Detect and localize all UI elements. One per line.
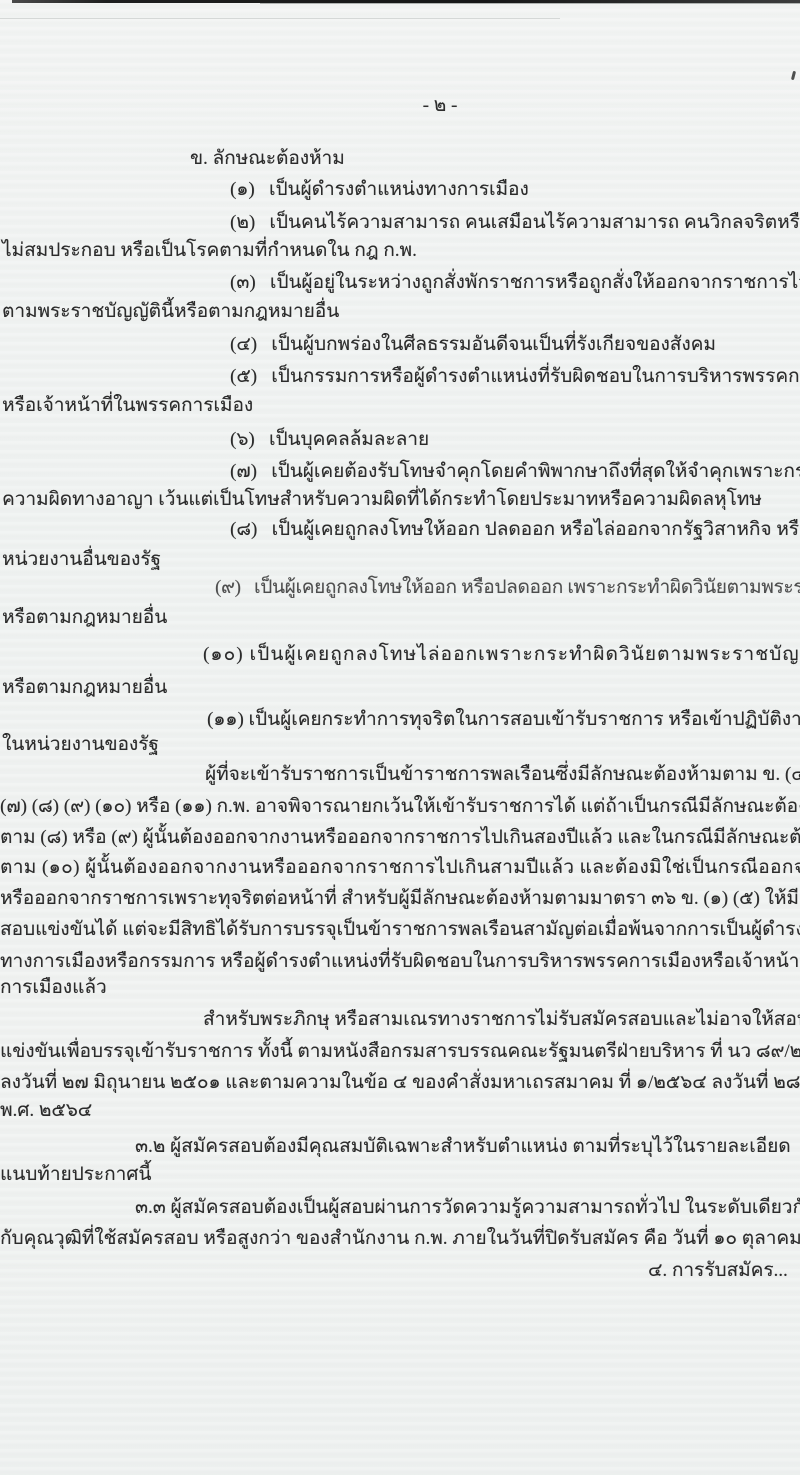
text-line: (๒) เป็นคนไร้ความสามารถ คนเสมือนไร้ความส… — [230, 210, 800, 236]
text-line: หรือตามกฎหมายอื่น — [2, 675, 167, 701]
text-line: พ.ศ. ๒๕๖๔ — [0, 1098, 92, 1124]
text-line: ลงวันที่ ๒๗ มิถุนายน ๒๕๐๑ และตามความในข้… — [0, 1070, 800, 1096]
text-line: ตาม (๑๐) ผู้นั้นต้องออกจากงานหรือออกจากร… — [0, 855, 800, 881]
document-body: ข. ลักษณะต้องห้าม(๑) เป็นผู้ดำรงตำแหน่งท… — [0, 0, 800, 1475]
text-line: ๔. การรับสมัคร... — [648, 1258, 788, 1284]
text-line: แนบท้ายประกาศนี้ — [0, 1162, 151, 1188]
text-line: (๙) เป็นผู้เคยถูกลงโทษให้ออก หรือปลดออก … — [215, 575, 800, 601]
text-line: (๑๑) เป็นผู้เคยกระทำการทุจริตในการสอบเข้… — [207, 707, 800, 733]
text-line: ในหน่วยงานของรัฐ — [2, 732, 159, 758]
text-line: ข. ลักษณะต้องห้าม — [190, 146, 345, 172]
text-line: (๑๐) เป็นผู้เคยถูกลงโทษไล่ออกเพราะกระทำผ… — [203, 642, 800, 668]
text-line: หรือตามกฎหมายอื่น — [2, 605, 167, 631]
text-line: แข่งขันเพื่อบรรจุเข้ารับราชการ ทั้งนี้ ต… — [0, 1039, 800, 1065]
text-line: สอบแข่งขันได้ แต่จะมีสิทธิได้รับการบรรจุ… — [0, 917, 800, 943]
text-line: (๗) เป็นผู้เคยต้องรับโทษจำคุกโดยคำพิพากษ… — [230, 459, 800, 485]
text-line: ตามพระราชบัญญัตินี้หรือตามกฎหมายอื่น — [2, 299, 339, 325]
text-line: (๗) (๘) (๙) (๑๐) หรือ (๑๑) ก.พ. อาจพิจาร… — [0, 794, 800, 820]
text-line: ผู้ที่จะเข้ารับราชการเป็นข้าราชการพลเรือ… — [205, 762, 800, 788]
text-line: หน่วยงานอื่นของรัฐ — [2, 547, 161, 573]
text-line: (๘) เป็นผู้เคยถูกลงโทษให้ออก ปลดออก หรือ… — [230, 517, 800, 543]
text-line: หรือออกจากราชการเพราะทุจริตต่อหน้าที่ สำ… — [0, 886, 800, 912]
text-line: ไม่สมประกอบ หรือเป็นโรคตามที่กำหนดใน กฎ … — [2, 238, 417, 264]
text-line: (๕) เป็นกรรมการหรือผู้ดำรงตำแหน่งที่รับผ… — [230, 364, 800, 390]
text-line: (๓) เป็นผู้อยู่ในระหว่างถูกสั่งพักราชการ… — [230, 270, 800, 296]
text-line: ๓.๓ ผู้สมัครสอบต้องเป็นผู้สอบผ่านการวัดค… — [135, 1195, 800, 1221]
text-line: (๑) เป็นผู้ดำรงตำแหน่งทางการเมือง — [230, 177, 529, 203]
text-line: ตาม (๘) หรือ (๙) ผู้นั้นต้องออกจากงานหรื… — [0, 825, 800, 851]
text-line: ทางการเมืองหรือกรรมการ หรือผู้ดำรงตำแหน่… — [0, 949, 800, 975]
text-line: การเมืองแล้ว — [0, 975, 107, 1001]
text-line: หรือเจ้าหน้าที่ในพรรคการเมือง — [2, 393, 253, 419]
text-line: (๖) เป็นบุคคลล้มละลาย — [230, 427, 429, 453]
document-page: - ๒ - ข. ลักษณะต้องห้าม(๑) เป็นผู้ดำรงตำ… — [0, 0, 800, 1475]
text-line: ๓.๒ ผู้สมัครสอบต้องมีคุณสมบัติเฉพาะสำหรั… — [135, 1134, 791, 1160]
text-line: ความผิดทางอาญา เว้นแต่เป็นโทษสำหรับความผ… — [2, 487, 762, 513]
text-line: (๔) เป็นผู้บกพร่องในศีลธรรมอันดีจนเป็นที… — [230, 332, 716, 358]
text-line: สำหรับพระภิกษุ หรือสามเณรทางราชการไม่รับ… — [203, 1007, 800, 1033]
text-line: กับคุณวุฒิที่ใช้สมัครสอบ หรือสูงกว่า ของ… — [0, 1226, 800, 1252]
